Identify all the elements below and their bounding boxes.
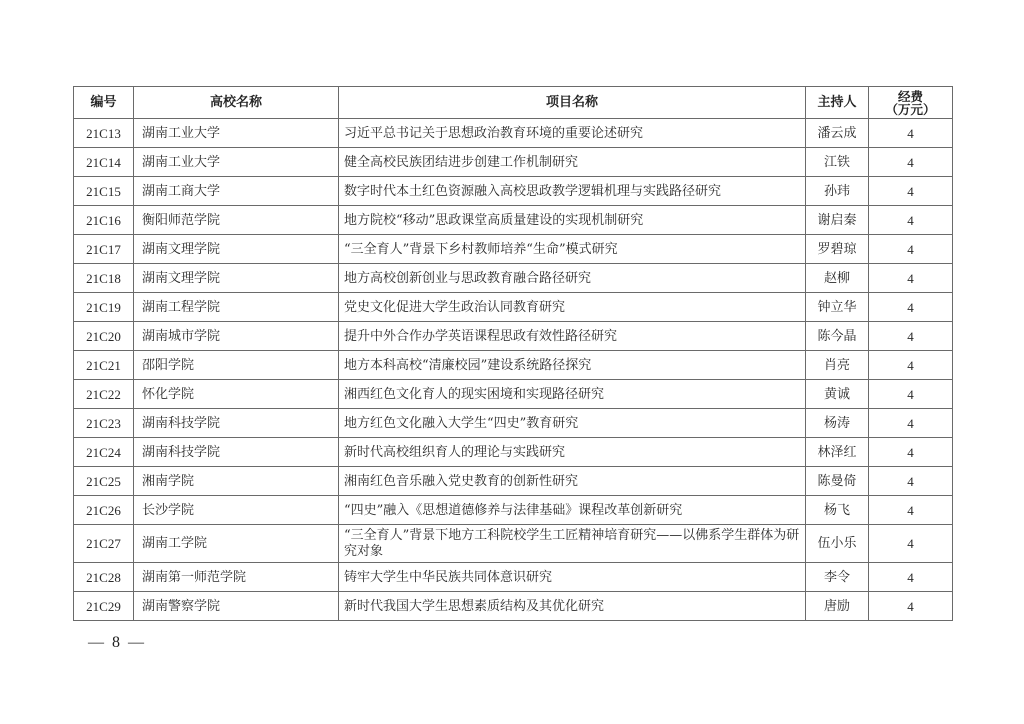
cell-code: 21C23 [74, 409, 134, 438]
table-row: 21C18 湖南文理学院 地方高校创新创业与思政教育融合路径研究 赵柳 4 [74, 264, 953, 293]
cell-school: 湖南科技学院 [134, 409, 339, 438]
cell-code: 21C16 [74, 206, 134, 235]
cell-host: 黄诚 [806, 380, 869, 409]
cell-host: 陈曼倚 [806, 467, 869, 496]
header-fee-line2: （万元） [869, 103, 952, 116]
cell-fee: 4 [869, 119, 953, 148]
cell-school: 怀化学院 [134, 380, 339, 409]
table-row: 21C22 怀化学院 湘西红色文化育人的现实困境和实现路径研究 黄诚 4 [74, 380, 953, 409]
table-row: 21C21 邵阳学院 地方本科高校“清廉校园”建设系统路径探究 肖亮 4 [74, 351, 953, 380]
cell-code: 21C29 [74, 592, 134, 621]
cell-fee: 4 [869, 206, 953, 235]
cell-fee: 4 [869, 438, 953, 467]
cell-project: 提升中外合作办学英语课程思政有效性路径研究 [339, 322, 806, 351]
cell-project: 习近平总书记关于思想政治教育环境的重要论述研究 [339, 119, 806, 148]
cell-code: 21C26 [74, 496, 134, 525]
cell-host: 肖亮 [806, 351, 869, 380]
cell-project: 新时代我国大学生思想素质结构及其优化研究 [339, 592, 806, 621]
cell-host: 谢启秦 [806, 206, 869, 235]
cell-fee: 4 [869, 293, 953, 322]
document-page: 编号 高校名称 项目名称 主持人 经费 （万元） 21C13 湖南工业大学 习近… [0, 0, 1024, 724]
project-table: 编号 高校名称 项目名称 主持人 经费 （万元） 21C13 湖南工业大学 习近… [73, 86, 953, 621]
table-row: 21C24 湖南科技学院 新时代高校组织育人的理论与实践研究 林泽红 4 [74, 438, 953, 467]
cell-school: 长沙学院 [134, 496, 339, 525]
cell-code: 21C14 [74, 148, 134, 177]
cell-school: 邵阳学院 [134, 351, 339, 380]
header-fee: 经费 （万元） [869, 87, 953, 119]
cell-fee: 4 [869, 496, 953, 525]
cell-host: 唐励 [806, 592, 869, 621]
cell-code: 21C18 [74, 264, 134, 293]
cell-project: 地方高校创新创业与思政教育融合路径研究 [339, 264, 806, 293]
cell-host: 林泽红 [806, 438, 869, 467]
table-row: 21C29 湖南警察学院 新时代我国大学生思想素质结构及其优化研究 唐励 4 [74, 592, 953, 621]
cell-fee: 4 [869, 351, 953, 380]
cell-project: 党史文化促进大学生政治认同教育研究 [339, 293, 806, 322]
cell-project: 地方红色文化融入大学生“四史”教育研究 [339, 409, 806, 438]
cell-fee: 4 [869, 177, 953, 206]
header-project: 项目名称 [339, 87, 806, 119]
cell-host: 江铁 [806, 148, 869, 177]
cell-school: 湖南工商大学 [134, 177, 339, 206]
cell-code: 21C21 [74, 351, 134, 380]
cell-code: 21C17 [74, 235, 134, 264]
table-row: 21C28 湖南第一师范学院 铸牢大学生中华民族共同体意识研究 李令 4 [74, 563, 953, 592]
cell-school: 湖南城市学院 [134, 322, 339, 351]
cell-code: 21C25 [74, 467, 134, 496]
table-header-row: 编号 高校名称 项目名称 主持人 经费 （万元） [74, 87, 953, 119]
cell-fee: 4 [869, 235, 953, 264]
table-row: 21C13 湖南工业大学 习近平总书记关于思想政治教育环境的重要论述研究 潘云成… [74, 119, 953, 148]
page-number: — 8 — [88, 634, 146, 652]
table-row: 21C19 湖南工程学院 党史文化促进大学生政治认同教育研究 钟立华 4 [74, 293, 953, 322]
table-row: 21C23 湖南科技学院 地方红色文化融入大学生“四史”教育研究 杨涛 4 [74, 409, 953, 438]
cell-host: 伍小乐 [806, 525, 869, 563]
cell-project: 铸牢大学生中华民族共同体意识研究 [339, 563, 806, 592]
cell-school: 湖南工业大学 [134, 119, 339, 148]
cell-school: 湖南警察学院 [134, 592, 339, 621]
cell-school: 湖南工学院 [134, 525, 339, 563]
table-row: 21C27 湖南工学院 “三全育人”背景下地方工科院校学生工匠精神培育研究——以… [74, 525, 953, 563]
table-row: 21C16 衡阳师范学院 地方院校“移动”思政课堂高质量建设的实现机制研究 谢启… [74, 206, 953, 235]
table-row: 21C14 湖南工业大学 健全高校民族团结进步创建工作机制研究 江铁 4 [74, 148, 953, 177]
cell-project: 地方院校“移动”思政课堂高质量建设的实现机制研究 [339, 206, 806, 235]
cell-fee: 4 [869, 409, 953, 438]
cell-project: “三全育人”背景下地方工科院校学生工匠精神培育研究——以佛系学生群体为研究对象 [339, 525, 806, 563]
table-row: 21C26 长沙学院 “四史”融入《思想道德修养与法律基础》课程改革创新研究 杨… [74, 496, 953, 525]
cell-fee: 4 [869, 525, 953, 563]
cell-school: 湖南工业大学 [134, 148, 339, 177]
cell-school: 衡阳师范学院 [134, 206, 339, 235]
cell-project: “四史”融入《思想道德修养与法律基础》课程改革创新研究 [339, 496, 806, 525]
cell-host: 钟立华 [806, 293, 869, 322]
table-row: 21C20 湖南城市学院 提升中外合作办学英语课程思政有效性路径研究 陈今晶 4 [74, 322, 953, 351]
cell-project: 地方本科高校“清廉校园”建设系统路径探究 [339, 351, 806, 380]
header-host: 主持人 [806, 87, 869, 119]
cell-code: 21C20 [74, 322, 134, 351]
cell-fee: 4 [869, 592, 953, 621]
header-school: 高校名称 [134, 87, 339, 119]
cell-code: 21C13 [74, 119, 134, 148]
cell-project: 数字时代本土红色资源融入高校思政教学逻辑机理与实践路径研究 [339, 177, 806, 206]
cell-school: 湖南第一师范学院 [134, 563, 339, 592]
table-row: 21C17 湖南文理学院 “三全育人”背景下乡村教师培养“生命”模式研究 罗碧琼… [74, 235, 953, 264]
cell-school: 湘南学院 [134, 467, 339, 496]
table-row: 21C15 湖南工商大学 数字时代本土红色资源融入高校思政教学逻辑机理与实践路径… [74, 177, 953, 206]
cell-host: 杨飞 [806, 496, 869, 525]
cell-host: 李令 [806, 563, 869, 592]
cell-fee: 4 [869, 322, 953, 351]
table-row: 21C25 湘南学院 湘南红色音乐融入党史教育的创新性研究 陈曼倚 4 [74, 467, 953, 496]
cell-fee: 4 [869, 264, 953, 293]
cell-school: 湖南工程学院 [134, 293, 339, 322]
cell-code: 21C27 [74, 525, 134, 563]
cell-code: 21C19 [74, 293, 134, 322]
cell-project: 湘南红色音乐融入党史教育的创新性研究 [339, 467, 806, 496]
cell-code: 21C15 [74, 177, 134, 206]
cell-school: 湖南科技学院 [134, 438, 339, 467]
header-code: 编号 [74, 87, 134, 119]
cell-project: 健全高校民族团结进步创建工作机制研究 [339, 148, 806, 177]
cell-school: 湖南文理学院 [134, 264, 339, 293]
cell-fee: 4 [869, 563, 953, 592]
cell-code: 21C22 [74, 380, 134, 409]
cell-school: 湖南文理学院 [134, 235, 339, 264]
cell-project: 新时代高校组织育人的理论与实践研究 [339, 438, 806, 467]
cell-code: 21C24 [74, 438, 134, 467]
cell-code: 21C28 [74, 563, 134, 592]
cell-host: 潘云成 [806, 119, 869, 148]
cell-fee: 4 [869, 467, 953, 496]
cell-fee: 4 [869, 148, 953, 177]
cell-project: 湘西红色文化育人的现实困境和实现路径研究 [339, 380, 806, 409]
cell-fee: 4 [869, 380, 953, 409]
cell-host: 孙玮 [806, 177, 869, 206]
cell-host: 赵柳 [806, 264, 869, 293]
cell-host: 陈今晶 [806, 322, 869, 351]
cell-project: “三全育人”背景下乡村教师培养“生命”模式研究 [339, 235, 806, 264]
cell-host: 罗碧琼 [806, 235, 869, 264]
cell-host: 杨涛 [806, 409, 869, 438]
header-fee-line1: 经费 [869, 90, 952, 103]
